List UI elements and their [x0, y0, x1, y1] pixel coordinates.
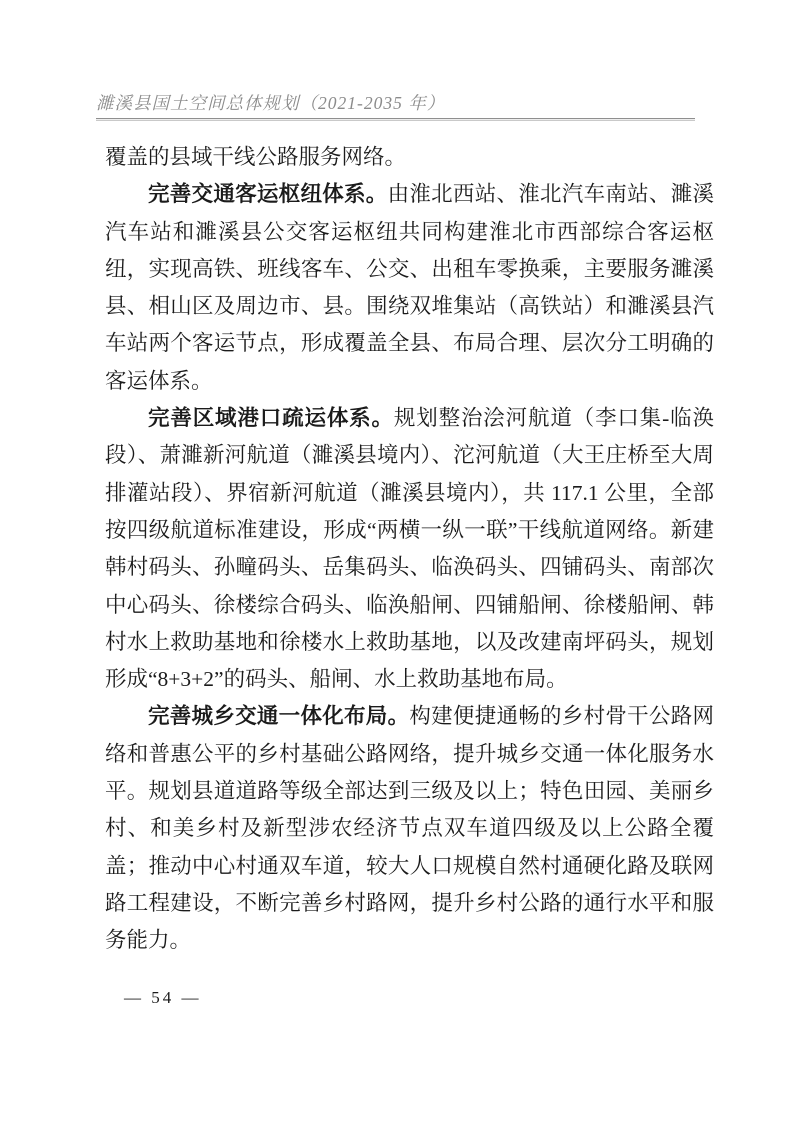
paragraph-lead: 完善城乡交通一体化布局。	[148, 704, 409, 728]
paragraph-text: 由淮北西站、淮北汽车南站、濉溪汽车站和濉溪县公交客运枢纽共同构建淮北市西部综合客…	[105, 182, 714, 392]
document-body: 覆盖的县域干线公路服务网络。 完善交通客运枢纽体系。由淮北西站、淮北汽车南站、濉…	[105, 139, 714, 960]
paragraph: 完善交通客运枢纽体系。由淮北西站、淮北汽车南站、濉溪汽车站和濉溪县公交客运枢纽共…	[105, 176, 714, 400]
paragraph-lead: 完善交通客运枢纽体系。	[148, 182, 388, 206]
page-footer: — 54 —	[124, 988, 202, 1008]
header-title: 濉溪县国土空间总体规划（2021-2035 年）	[96, 93, 445, 113]
header-divider	[96, 118, 695, 121]
paragraph-text: 覆盖的县域干线公路服务网络。	[105, 145, 406, 169]
page-header: 濉溪县国土空间总体规划（2021-2035 年）	[96, 90, 696, 115]
paragraph-text: 规划整治浍河航道（李口集-临涣段）、萧濉新河航道（濉溪县境内）、沱河航道（大王庄…	[105, 406, 714, 691]
paragraph-lead: 完善区域港口疏运体系。	[148, 406, 394, 430]
paragraph: 完善区域港口疏运体系。规划整治浍河航道（李口集-临涣段）、萧濉新河航道（濉溪县境…	[105, 400, 714, 698]
document-page: 濉溪县国土空间总体规划（2021-2035 年） 覆盖的县域干线公路服务网络。 …	[0, 0, 793, 1122]
paragraph: 覆盖的县域干线公路服务网络。	[105, 139, 714, 176]
paragraph-text: 构建便捷通畅的乡村骨干公路网络和普惠公平的乡村基础公路网络，提升城乡交通一体化服…	[105, 704, 714, 952]
page-number: — 54 —	[124, 988, 202, 1007]
paragraph: 完善城乡交通一体化布局。构建便捷通畅的乡村骨干公路网络和普惠公平的乡村基础公路网…	[105, 698, 714, 959]
